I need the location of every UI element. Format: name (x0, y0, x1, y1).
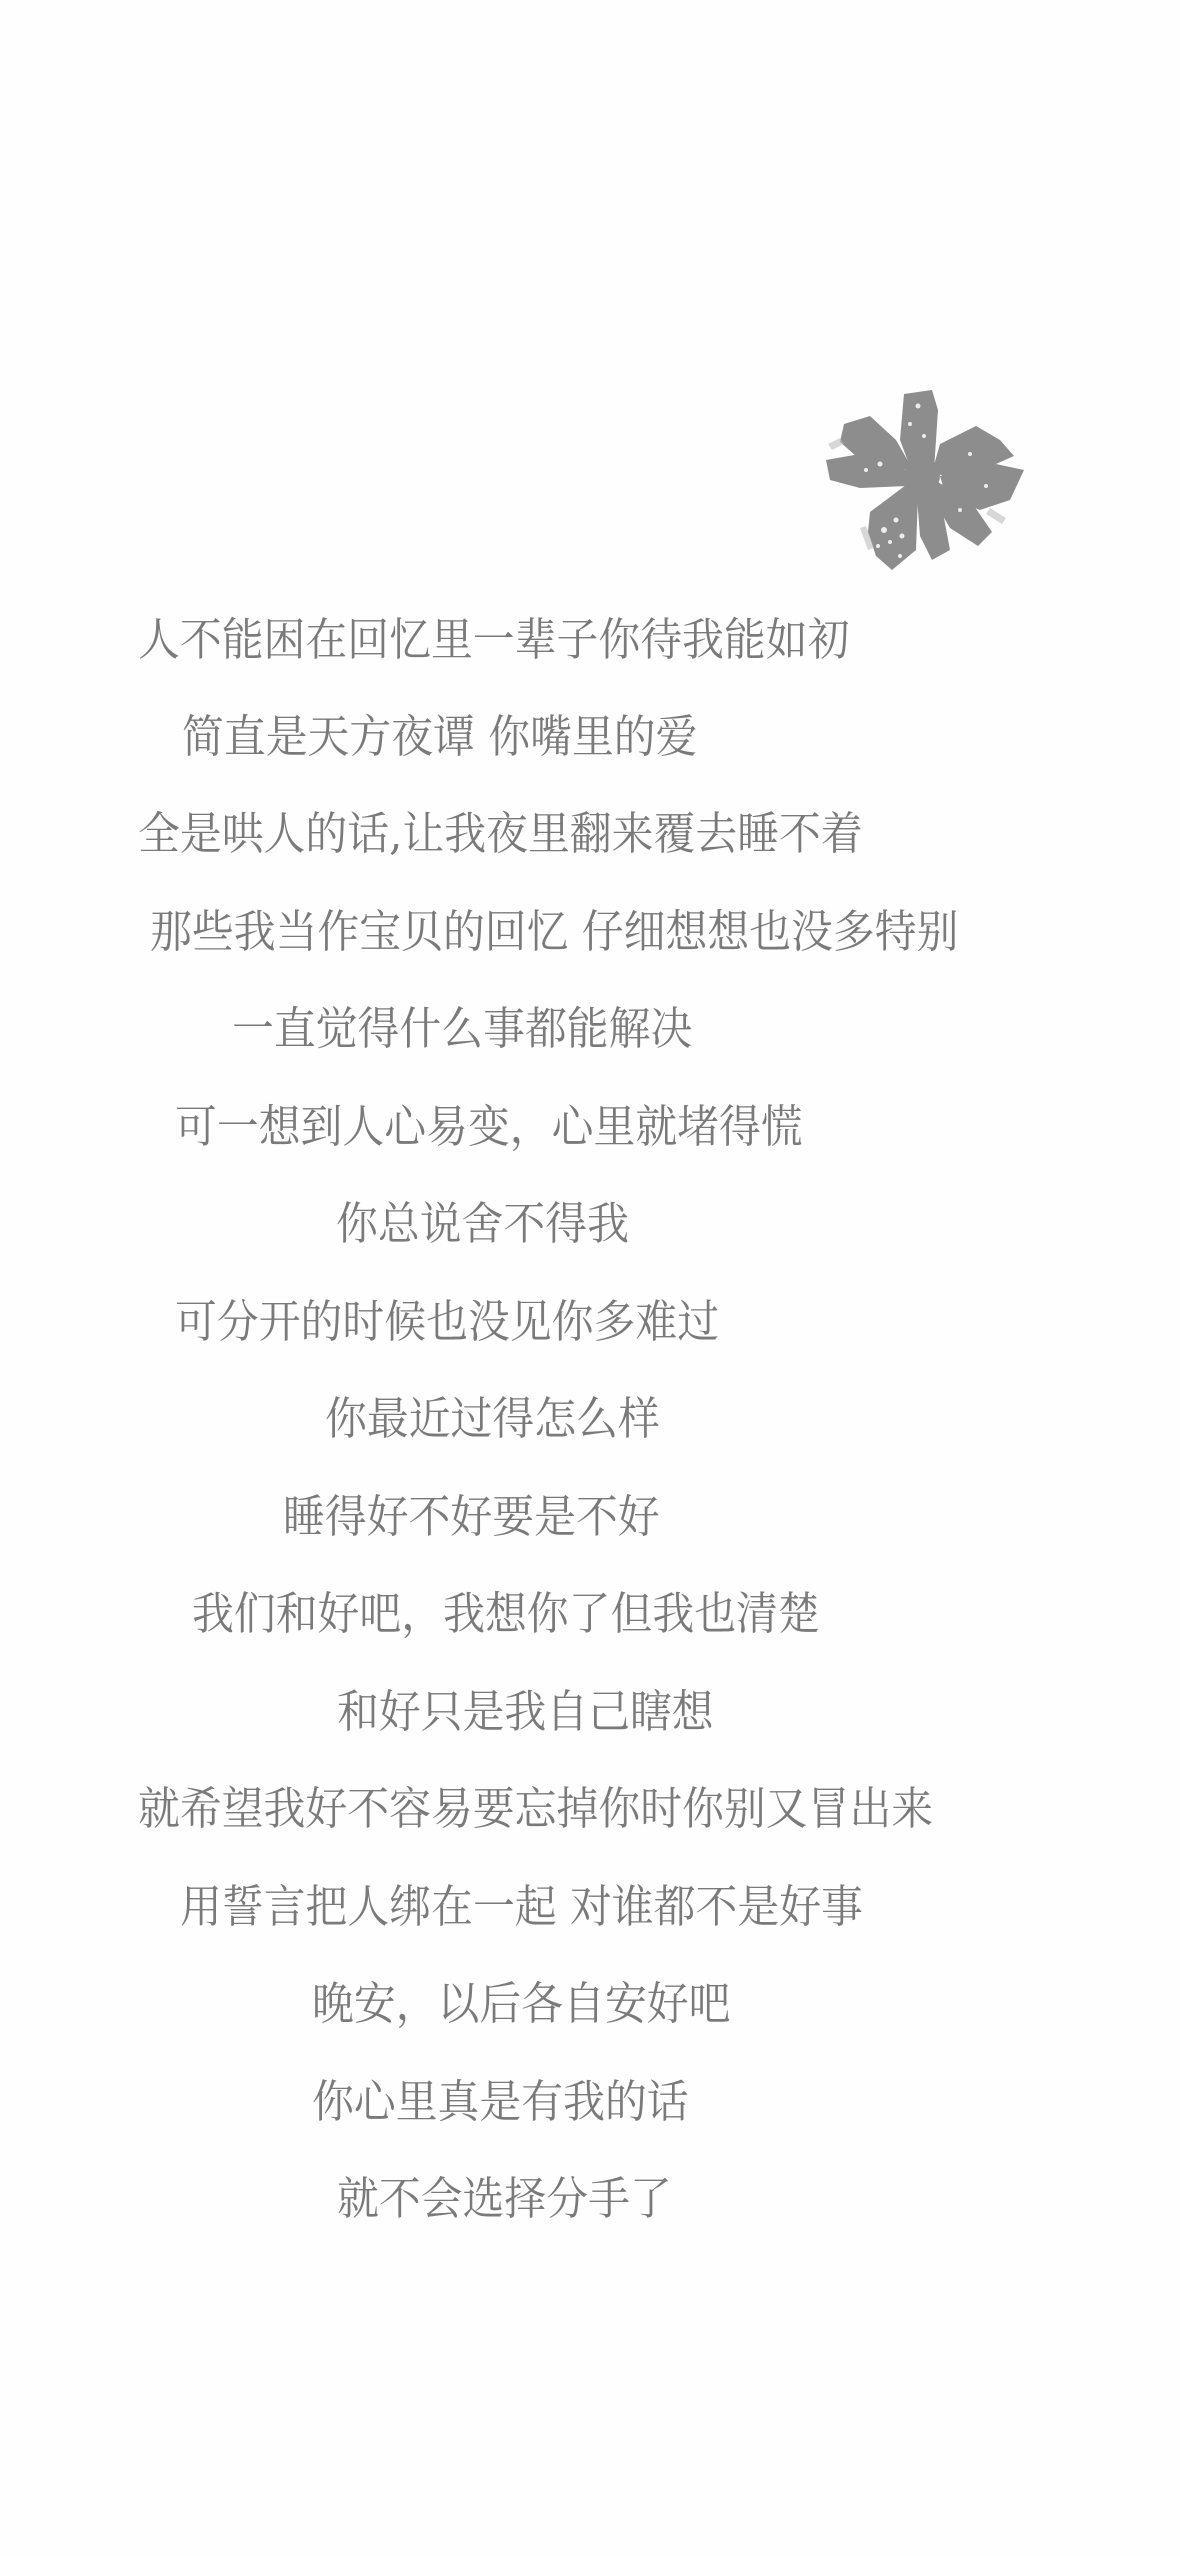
poem-line: 人不能困在回忆里一辈子你待我能如初 (138, 612, 849, 668)
poem-line: 一直觉得什么事都能解决 (232, 1001, 692, 1057)
poem-line: 用誓言把人绑在一起 对谁都不是好事 (180, 1879, 863, 1935)
ink-flower-icon (800, 360, 1040, 580)
poem-line: 我们和好吧，我想你了但我也清楚 (192, 1586, 820, 1642)
poem-line: 睡得好不好要是不好 (283, 1489, 660, 1545)
poem-line: 你最近过得怎么样 (325, 1391, 660, 1447)
poem-line: 晚安，以后各自安好吧 (312, 1976, 731, 2032)
poem-line: 可一想到人心易变，心里就堵得慌 (175, 1099, 803, 1155)
poem-line: 全是哄人的话,让我夜里翻来覆去睡不着 (138, 806, 863, 862)
poem-page: 人不能困在回忆里一辈子你待我能如初 简直是天方夜谭 你嘴里的爱 全是哄人的话,让… (0, 0, 1180, 2556)
poem-line: 就希望我好不容易要忘掉你时你别又冒出来 (138, 1781, 933, 1837)
poem-line: 和好只是我自己瞎想 (337, 1684, 714, 1740)
poem-line: 你总说舍不得我 (336, 1196, 629, 1252)
poem-line: 那些我当作宝贝的回忆 仔细想想也没多特别 (150, 904, 958, 960)
poem-line: 可分开的时候也没见你多难过 (175, 1294, 719, 1350)
poem-line: 简直是天方夜谭 你嘴里的爱 (182, 709, 698, 765)
poem-line: 你心里真是有我的话 (312, 2074, 689, 2130)
poem-line: 就不会选择分手了 (337, 2171, 672, 2227)
